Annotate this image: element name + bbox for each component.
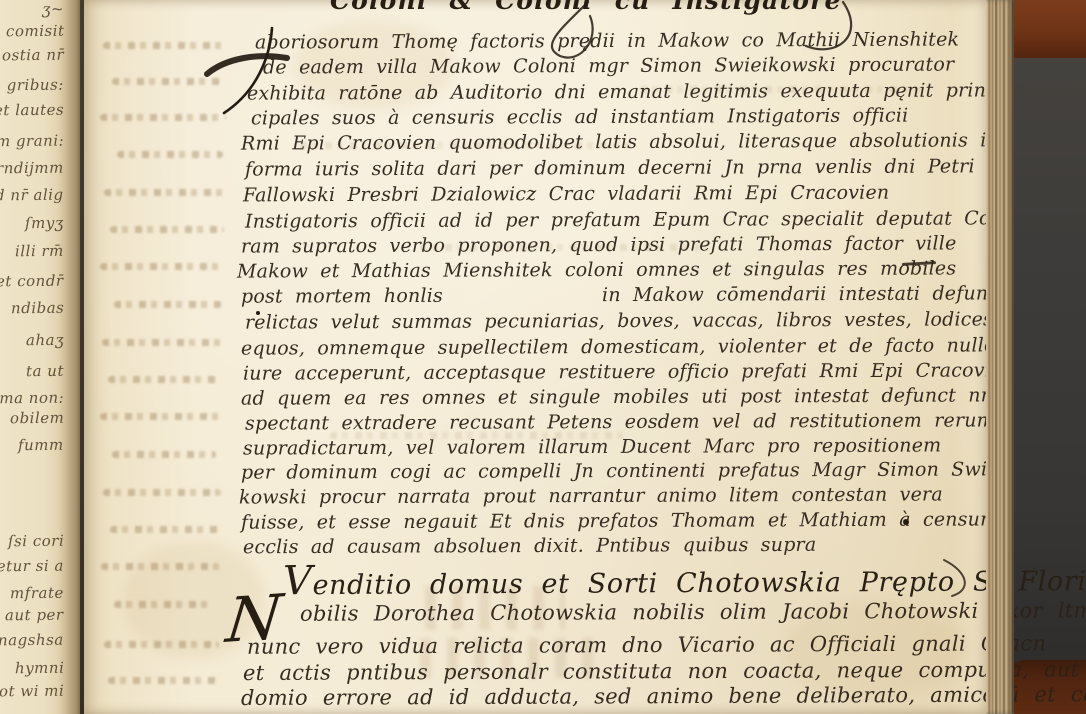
text-line: forma iuris solita dari per dominum dece… [245,155,975,180]
text-line: ecclis ad causam absoluen dixit. Pntibus… [243,534,816,559]
text-line: aboriosorum Thomę factoris prędii in Mak… [255,28,959,53]
text-line: et actis pntibus personalr constituta no… [243,657,1086,685]
ink-speck [256,311,260,315]
book-fore-edge-pages [986,0,1014,714]
text-line: spectant extradere recusant Petens eosde… [245,409,995,434]
text-line: cipales suos à censuris ecclis ad instan… [251,105,909,130]
entry-heading: Venditio domus et Sorti Chotowskia Prępt… [283,554,1086,604]
text-line: domio errore ad id adducta, sed animo be… [241,682,1086,710]
text-line: fuisse, et esse negauit Et dnis prefatos… [241,508,1006,533]
text-line: Instigatoris officii ad id per prefatum … [245,207,991,232]
text-line: ad quem ea res omnes et singule mobiles … [241,384,999,409]
text-line: de eadem villa Makow Coloni mgr Simon Sw… [263,53,954,78]
manuscript-photo-scene: ʒ~ comisit ostia nr̄ à gribus: et lautes… [0,0,1086,714]
text-line: ram supratos verbo proponen, quod ipsi p… [241,232,957,257]
text-line: supradictarum, vel valorem illarum Ducen… [243,434,941,459]
text-line: Makow et Mathias Mienshitek coloni omnes… [237,257,956,282]
text-line: nunc vero vidua relicta coram dno Vicari… [247,631,1046,658]
text-line: obilis Dorothea Chotowskia nobilis olim … [300,598,1086,626]
text-line: relictas velut summas pecuniarias, boves… [245,308,993,333]
text-line: per dominum cogi ac compelli Jn continen… [241,458,1003,483]
ink-blot [903,519,909,525]
text-line: equos, omnemque supellectilem domesticam… [241,334,996,359]
text-line: post mortem honlis in Makow cōmendarii i… [241,282,1013,307]
text-line: Rmi Epi Cracovien quomodolibet latis abs… [241,129,999,154]
text-line: iure acceperunt, acceptasque restituere … [243,359,1015,384]
text-line: kowski procur narrata prout narrantur an… [239,483,943,508]
text-line: Fallowski Presbri Dzialowicz Crac vladar… [243,182,889,207]
text-line: exhibita ratōne ab Auditorio dni emanat … [247,79,993,104]
